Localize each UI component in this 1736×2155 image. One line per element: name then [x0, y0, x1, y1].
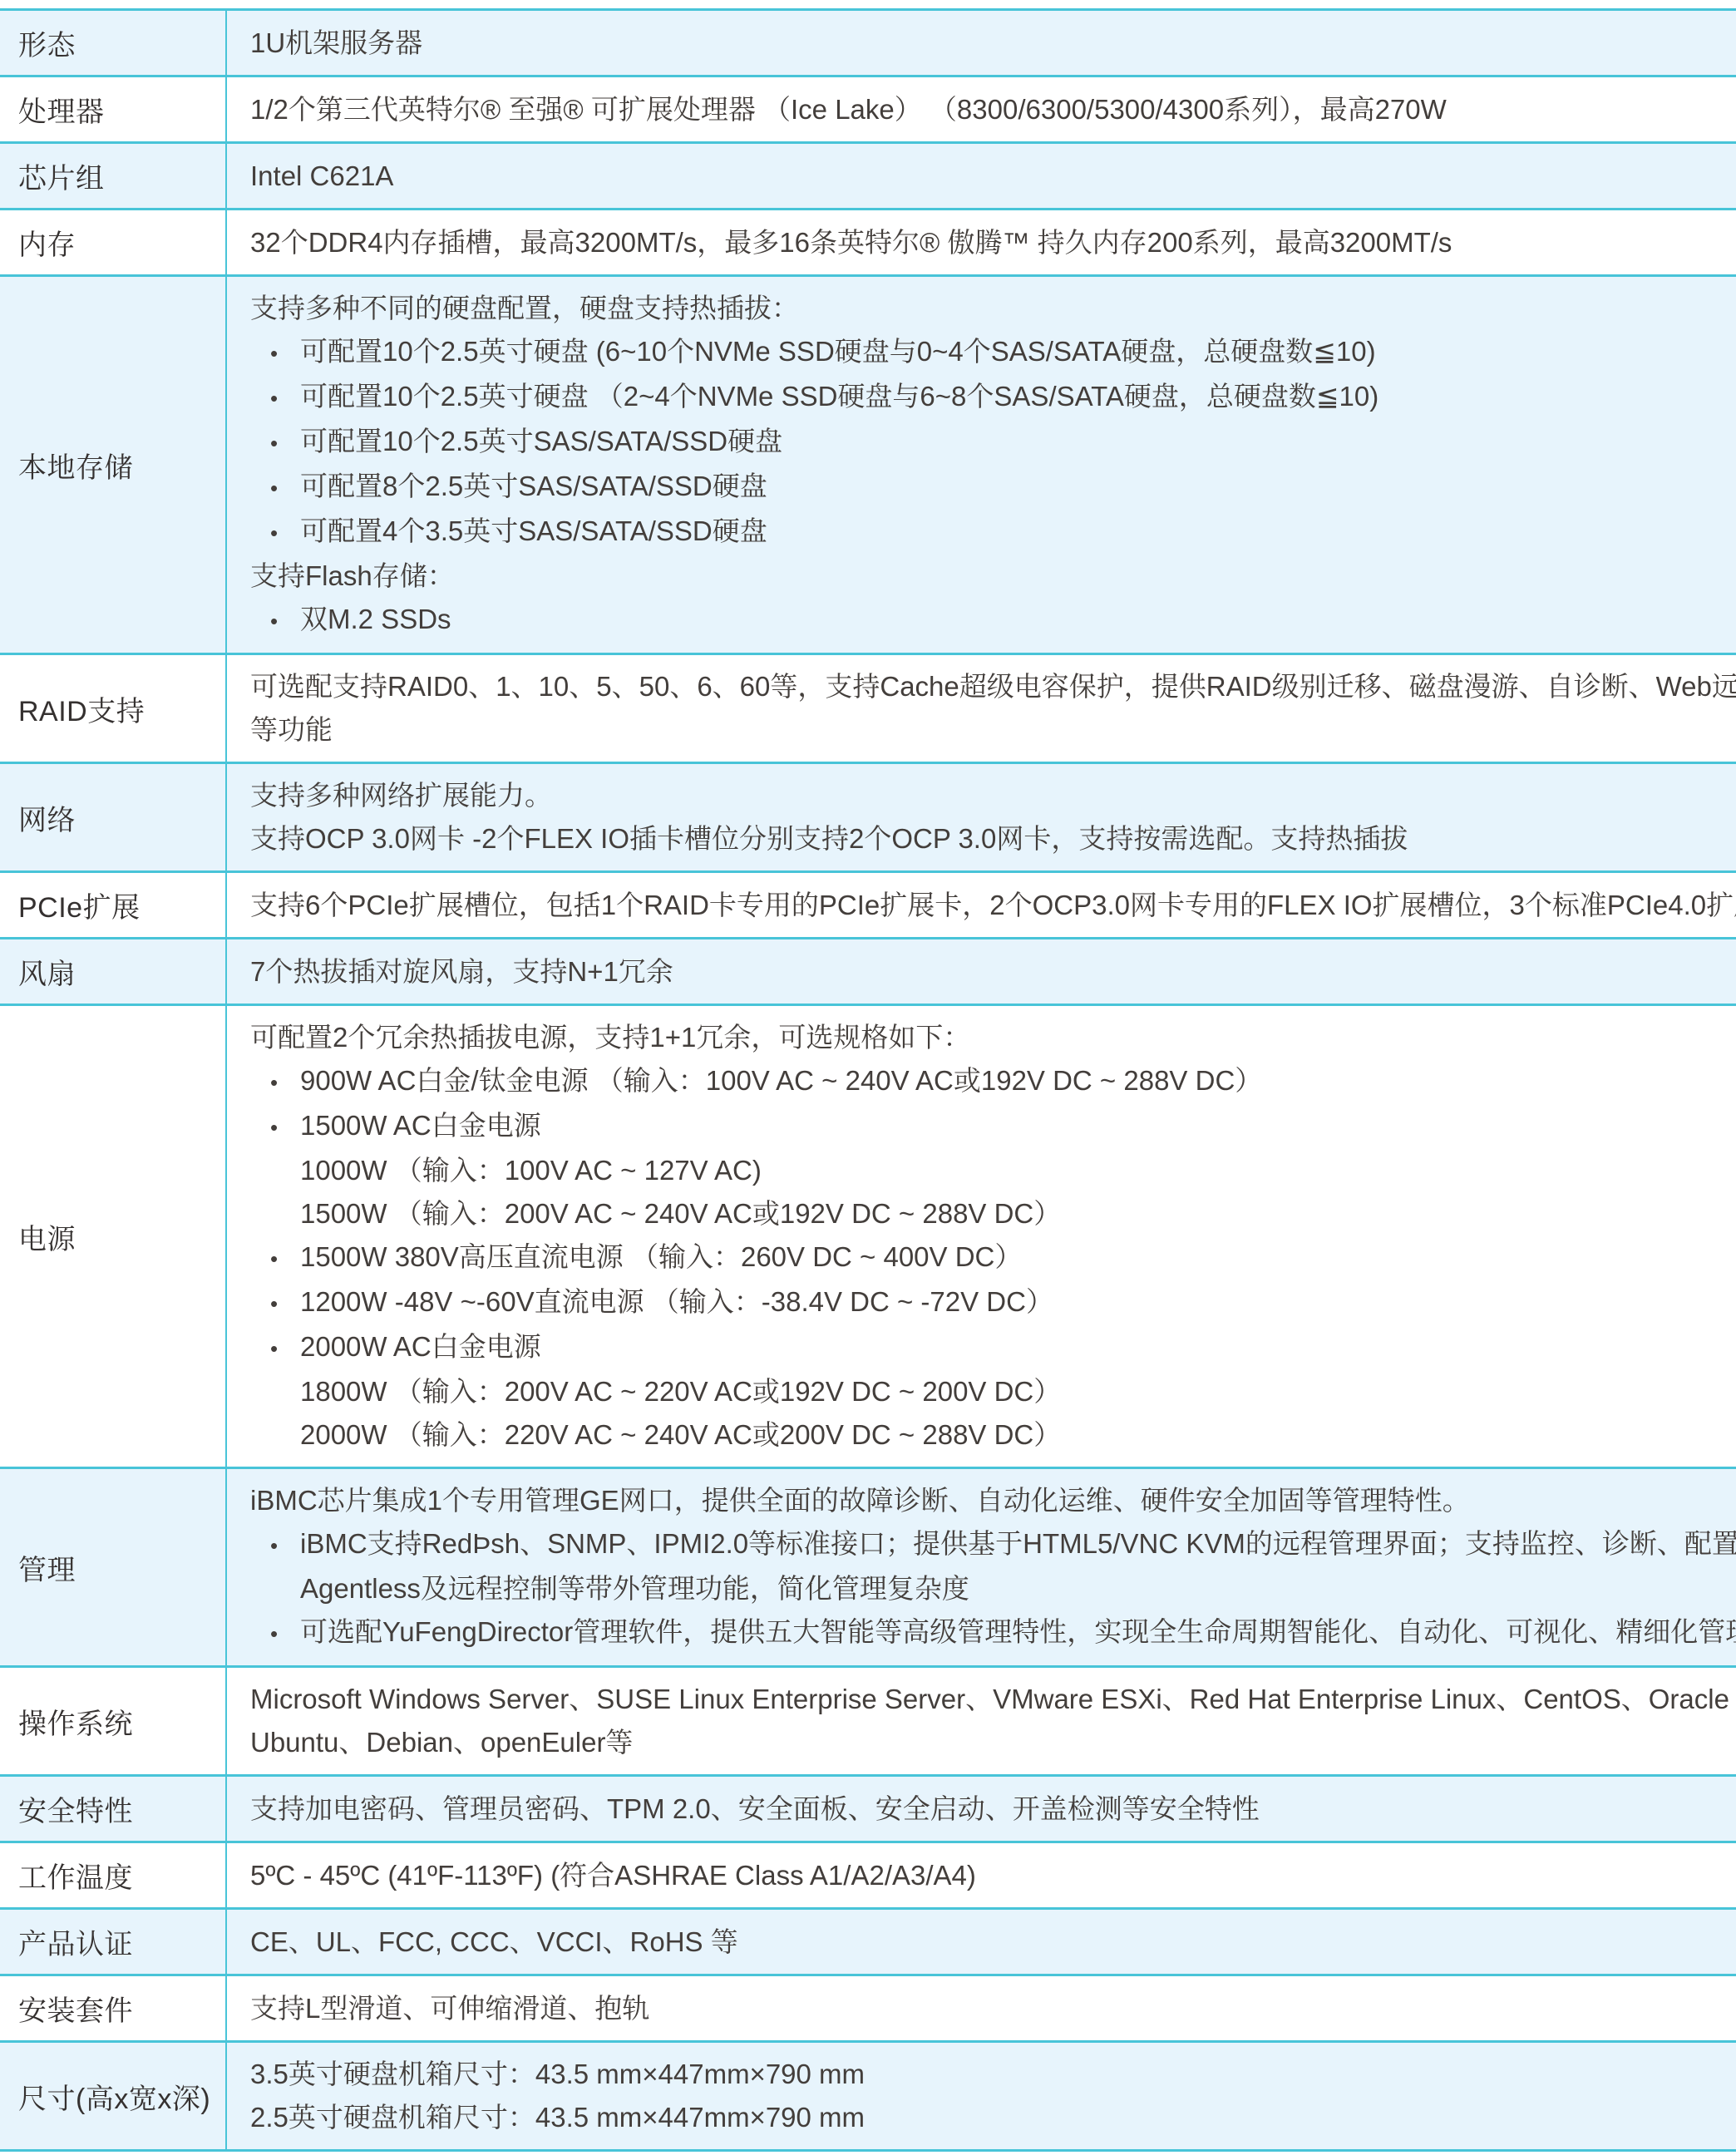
bullet-dot-icon: • — [270, 332, 300, 375]
bullet-text: 可配置4个3.5英寸SAS/SATA/SSD硬盘 — [300, 510, 767, 553]
spec-bullet-line: •1500W AC白金电源 — [250, 1104, 1716, 1149]
spec-text-line: 7个热拔插对旋风扇，支持N+1冗余 — [250, 950, 1716, 994]
bullet-text: 可配置8个2.5英寸SAS/SATA/SSD硬盘 — [300, 465, 767, 508]
spec-value: 5ºC - 45ºC (41ºF-113ºF) (符合ASHRAE Class … — [227, 1843, 1736, 1907]
spec-label: 内存 — [0, 210, 227, 274]
spec-bullet-line: •双M.2 SSDs — [250, 598, 1716, 643]
spec-value: 支持多种网络扩展能力。支持OCP 3.0网卡 -2个FLEX IO插卡槽位分别支… — [227, 764, 1736, 870]
spec-text-line: 1000W （输入：100V AC ~ 127V AC) — [250, 1149, 1716, 1192]
spec-label: 管理 — [0, 1469, 227, 1665]
spec-bullet-line: •可配置10个2.5英寸硬盘 （2~4个NVMe SSD硬盘与6~8个SAS/S… — [250, 375, 1716, 420]
spec-text-line: 1/2个第三代英特尔® 至强® 可扩展处理器 （Ice Lake） （8300/… — [250, 88, 1716, 131]
spec-label: 尺寸(高x宽x深) — [0, 2043, 227, 2149]
spec-value: Intel C621A — [227, 144, 1736, 208]
spec-text-line: Microsoft Windows Server、SUSE Linux Ente… — [250, 1678, 1716, 1721]
spec-text-line: 2.5英寸硬盘机箱尺寸：43.5 mm×447mm×790 mm — [250, 2096, 1716, 2139]
spec-text-line: 等功能 — [250, 708, 1716, 752]
spec-bullet-line: •900W AC白金/钛金电源 （输入：100V AC ~ 240V AC或19… — [250, 1059, 1716, 1104]
spec-row: 电源可配置2个冗余热插拔电源，支持1+1冗余，可选规格如下：•900W AC白金… — [0, 1006, 1736, 1469]
spec-row: 安全特性支持加电密码、管理员密码、TPM 2.0、安全面板、安全启动、开盖检测等… — [0, 1777, 1736, 1843]
bullet-text: 可配置10个2.5英寸SAS/SATA/SSD硬盘 — [300, 420, 782, 463]
bullet-dot-icon: • — [270, 1061, 300, 1104]
spec-bullet-line: •1500W 380V高压直流电源 （输入：260V DC ~ 400V DC） — [250, 1235, 1716, 1280]
spec-value: iBMC芯片集成1个专用管理GE网口，提供全面的故障诊断、自动化运维、硬件安全加… — [227, 1469, 1736, 1665]
spec-row: PCIe扩展支持6个PCIe扩展槽位，包括1个RAID卡专用的PCIe扩展卡，2… — [0, 873, 1736, 939]
spec-value: 7个热拔插对旋风扇，支持N+1冗余 — [227, 939, 1736, 1004]
bullet-dot-icon: • — [270, 377, 300, 420]
spec-row: 网络支持多种网络扩展能力。支持OCP 3.0网卡 -2个FLEX IO插卡槽位分… — [0, 764, 1736, 873]
spec-value: 3.5英寸硬盘机箱尺寸：43.5 mm×447mm×790 mm2.5英寸硬盘机… — [227, 2043, 1736, 2149]
spec-bullet-line: •1200W -48V ~-60V直流电源 （输入：-38.4V DC ~ -7… — [250, 1280, 1716, 1325]
bullet-dot-icon: • — [270, 1237, 300, 1280]
spec-text-line: 1U机架服务器 — [250, 22, 1716, 65]
spec-label: 风扇 — [0, 939, 227, 1004]
spec-value: 支持加电密码、管理员密码、TPM 2.0、安全面板、安全启动、开盖检测等安全特性 — [227, 1777, 1736, 1841]
spec-label: 网络 — [0, 764, 227, 870]
spec-label: 芯片组 — [0, 144, 227, 208]
spec-row: 产品认证CE、UL、FCC, CCC、VCCI、RoHS 等 — [0, 1910, 1736, 1976]
bullet-dot-icon: • — [270, 422, 300, 465]
bullet-text: 1200W -48V ~-60V直流电源 （输入：-38.4V DC ~ -72… — [300, 1280, 1053, 1324]
spec-value: 可选配支持RAID0、1、10、5、50、6、60等，支持Cache超级电容保护… — [227, 655, 1736, 762]
spec-text-line: 支持OCP 3.0网卡 -2个FLEX IO插卡槽位分别支持2个OCP 3.0网… — [250, 817, 1716, 861]
spec-value: 32个DDR4内存插槽，最高3200MT/s，最多16条英特尔® 傲腾™ 持久内… — [227, 210, 1736, 274]
bullet-text: 可配置10个2.5英寸硬盘 (6~10个NVMe SSD硬盘与0~4个SAS/S… — [300, 330, 1376, 373]
spec-bullet-line: •可选配YuFengDirector管理软件，提供五大智能等高级管理特性，实现全… — [250, 1610, 1716, 1655]
spec-row: 安装套件支持L型滑道、可伸缩滑道、抱轨 — [0, 1976, 1736, 2043]
bullet-text: 可配置10个2.5英寸硬盘 （2~4个NVMe SSD硬盘与6~8个SAS/SA… — [300, 375, 1378, 418]
spec-bullet-line: •2000W AC白金电源 — [250, 1325, 1716, 1370]
bullet-dot-icon: • — [270, 599, 300, 643]
spec-text-line: iBMC芯片集成1个专用管理GE网口，提供全面的故障诊断、自动化运维、硬件安全加… — [250, 1479, 1716, 1522]
bullet-dot-icon: • — [270, 1524, 300, 1567]
bullet-text: 1500W 380V高压直流电源 （输入：260V DC ~ 400V DC） — [300, 1235, 1022, 1279]
spec-row: 管理iBMC芯片集成1个专用管理GE网口，提供全面的故障诊断、自动化运维、硬件安… — [0, 1469, 1736, 1668]
spec-label: 工作温度 — [0, 1843, 227, 1907]
spec-bullet-line: •可配置4个3.5英寸SAS/SATA/SSD硬盘 — [250, 510, 1716, 555]
spec-value: 支持6个PCIe扩展槽位，包括1个RAID卡专用的PCIe扩展卡，2个OCP3.… — [227, 873, 1736, 937]
spec-text-line: CE、UL、FCC, CCC、VCCI、RoHS 等 — [250, 1921, 1716, 1964]
spec-table: 形态1U机架服务器处理器1/2个第三代英特尔® 至强® 可扩展处理器 （Ice … — [0, 8, 1736, 2152]
spec-text-line: 支持加电密码、管理员密码、TPM 2.0、安全面板、安全启动、开盖检测等安全特性 — [250, 1788, 1716, 1831]
bullet-text: 可选配YuFengDirector管理软件，提供五大智能等高级管理特性，实现全生… — [300, 1610, 1736, 1654]
spec-row: 尺寸(高x宽x深)3.5英寸硬盘机箱尺寸：43.5 mm×447mm×790 m… — [0, 2043, 1736, 2152]
spec-label: RAID支持 — [0, 655, 227, 762]
bullet-text: 2000W AC白金电源 — [300, 1325, 541, 1368]
spec-text-line: Intel C621A — [250, 155, 1716, 198]
spec-label: 电源 — [0, 1006, 227, 1467]
spec-row: 形态1U机架服务器 — [0, 11, 1736, 77]
spec-row: 操作系统Microsoft Windows Server、SUSE Linux … — [0, 1668, 1736, 1777]
bullet-text: 900W AC白金/钛金电源 （输入：100V AC ~ 240V AC或192… — [300, 1059, 1262, 1102]
spec-text-line: 1500W （输入：200V AC ~ 240V AC或192V DC ~ 28… — [250, 1192, 1716, 1235]
spec-text-line: 支持6个PCIe扩展槽位，包括1个RAID卡专用的PCIe扩展卡，2个OCP3.… — [250, 884, 1716, 927]
spec-row: 工作温度5ºC - 45ºC (41ºF-113ºF) (符合ASHRAE Cl… — [0, 1843, 1736, 1910]
bullet-text: 双M.2 SSDs — [300, 598, 451, 641]
spec-text-line: 2000W （输入：220V AC ~ 240V AC或200V DC ~ 28… — [250, 1413, 1716, 1457]
bullet-dot-icon: • — [270, 1612, 300, 1655]
spec-row: 内存32个DDR4内存插槽，最高3200MT/s，最多16条英特尔® 傲腾™ 持… — [0, 210, 1736, 277]
bullet-dot-icon: • — [270, 1106, 300, 1149]
spec-value: Microsoft Windows Server、SUSE Linux Ente… — [227, 1668, 1736, 1774]
spec-text-line: 5ºC - 45ºC (41ºF-113ºF) (符合ASHRAE Class … — [250, 1854, 1716, 1897]
spec-value: 1U机架服务器 — [227, 11, 1736, 75]
spec-text-line: Ubuntu、Debian、openEuler等 — [250, 1721, 1716, 1764]
spec-text-line: 支持L型滑道、可伸缩滑道、抱轨 — [250, 1987, 1716, 2030]
spec-row: 风扇7个热拔插对旋风扇，支持N+1冗余 — [0, 939, 1736, 1006]
spec-text-line: 1800W （输入：200V AC ~ 220V AC或192V DC ~ 20… — [250, 1370, 1716, 1413]
spec-text-line: Agentless及远程控制等带外管理功能，简化管理复杂度 — [250, 1567, 1716, 1610]
spec-text-line: 可选配支持RAID0、1、10、5、50、6、60等，支持Cache超级电容保护… — [250, 665, 1716, 708]
spec-bullet-line: •iBMC支持RedÞsh、SNMP、IPMI2.0等标准接口；提供基于HTML… — [250, 1522, 1716, 1567]
bullet-dot-icon: • — [270, 1282, 300, 1325]
spec-label: 安全特性 — [0, 1777, 227, 1841]
bullet-dot-icon: • — [270, 511, 300, 555]
spec-text-line: 支持多种网络扩展能力。 — [250, 774, 1716, 817]
spec-row: 芯片组Intel C621A — [0, 144, 1736, 210]
spec-label: 安装套件 — [0, 1976, 227, 2040]
spec-label: 处理器 — [0, 77, 227, 141]
bullet-dot-icon: • — [270, 466, 300, 510]
spec-value: CE、UL、FCC, CCC、VCCI、RoHS 等 — [227, 1910, 1736, 1974]
bullet-text: 1500W AC白金电源 — [300, 1104, 541, 1147]
spec-value: 可配置2个冗余热插拔电源，支持1+1冗余，可选规格如下：•900W AC白金/钛… — [227, 1006, 1736, 1467]
spec-bullet-line: •可配置10个2.5英寸SAS/SATA/SSD硬盘 — [250, 420, 1716, 465]
bullet-text: iBMC支持RedÞsh、SNMP、IPMI2.0等标准接口；提供基于HTML5… — [300, 1522, 1736, 1566]
spec-bullet-line: •可配置10个2.5英寸硬盘 (6~10个NVMe SSD硬盘与0~4个SAS/… — [250, 330, 1716, 375]
spec-text-line: 支持多种不同的硬盘配置，硬盘支持热插拔： — [250, 287, 1716, 330]
spec-value: 支持L型滑道、可伸缩滑道、抱轨 — [227, 1976, 1736, 2040]
spec-text-line: 支持Flash存储： — [250, 555, 1716, 598]
spec-text-line: 3.5英寸硬盘机箱尺寸：43.5 mm×447mm×790 mm — [250, 2053, 1716, 2096]
spec-value: 支持多种不同的硬盘配置，硬盘支持热插拔：•可配置10个2.5英寸硬盘 (6~10… — [227, 277, 1736, 653]
spec-text-line: 可配置2个冗余热插拔电源，支持1+1冗余，可选规格如下： — [250, 1016, 1716, 1059]
spec-row: 处理器1/2个第三代英特尔® 至强® 可扩展处理器 （Ice Lake） （83… — [0, 77, 1736, 144]
bullet-dot-icon: • — [270, 1327, 300, 1370]
spec-label: 产品认证 — [0, 1910, 227, 1974]
spec-label: PCIe扩展 — [0, 873, 227, 937]
spec-label: 形态 — [0, 11, 227, 75]
spec-label: 操作系统 — [0, 1668, 227, 1774]
spec-bullet-line: •可配置8个2.5英寸SAS/SATA/SSD硬盘 — [250, 465, 1716, 510]
spec-row: RAID支持可选配支持RAID0、1、10、5、50、6、60等，支持Cache… — [0, 655, 1736, 764]
spec-value: 1/2个第三代英特尔® 至强® 可扩展处理器 （Ice Lake） （8300/… — [227, 77, 1736, 141]
spec-row: 本地存储支持多种不同的硬盘配置，硬盘支持热插拔：•可配置10个2.5英寸硬盘 (… — [0, 277, 1736, 655]
spec-text-line: 32个DDR4内存插槽，最高3200MT/s，最多16条英特尔® 傲腾™ 持久内… — [250, 221, 1716, 264]
spec-label: 本地存储 — [0, 277, 227, 653]
